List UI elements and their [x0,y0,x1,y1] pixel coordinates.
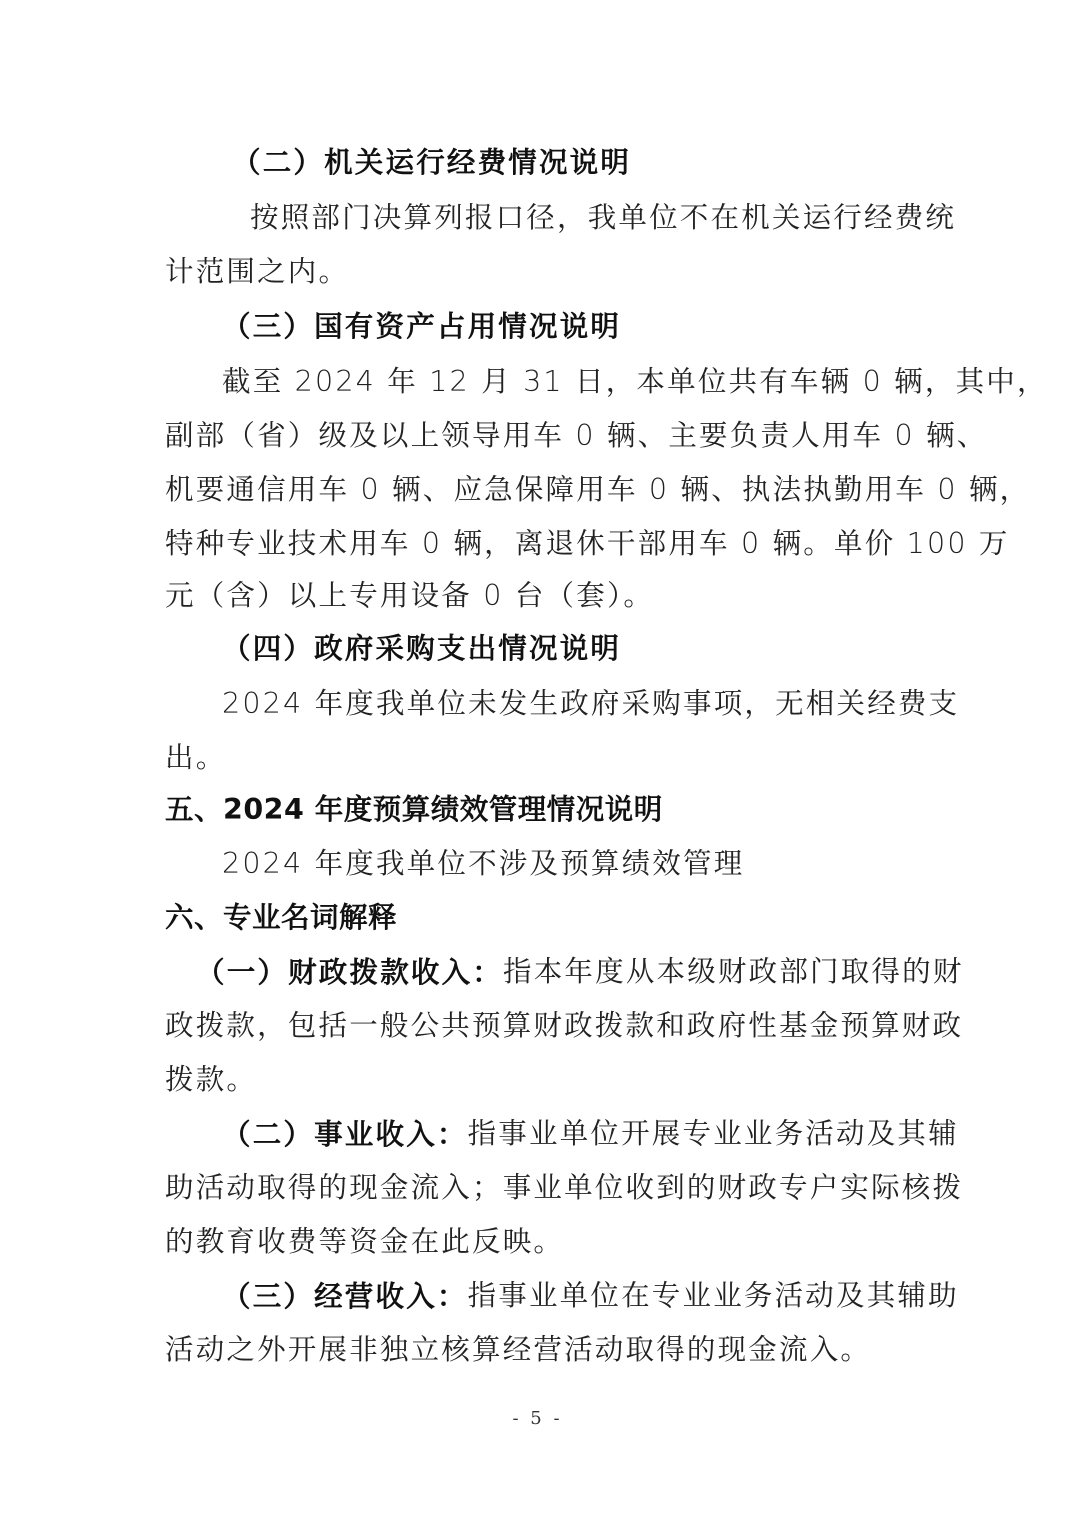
paragraph-line: 的教育收费等资金在此反映。 [165,1224,915,1260]
section-heading-glossary: 六、专业名词解释 [165,900,915,936]
paragraph-line: 2024 年度我单位未发生政府采购事项，无相关经费支 [222,686,914,722]
paragraph-line: 机要通信用车 0 辆、应急保障用车 0 辆、执法执勤用车 0 辆， [165,472,915,508]
paragraph-line: 活动之外开展非独立核算经营活动取得的现金流入。 [165,1332,915,1368]
term-label: （二）事业收入： [222,1116,468,1152]
paragraph-line: 助活动取得的现金流入；事业单位收到的财政专户实际核拨 [165,1170,915,1206]
paragraph-line: 副部（省）级及以上领导用车 0 辆、主要负责人用车 0 辆、 [165,418,915,454]
paragraph-line: 2024 年度我单位不涉及预算绩效管理 [222,846,972,882]
section-heading-performance: 五、2024 年度预算绩效管理情况说明 [165,792,915,828]
paragraph-line: 按照部门决算列报口径，我单位不在机关运行经费统 [250,200,912,236]
paragraph-line: 出。 [165,740,915,776]
paragraph-line: 元（含）以上专用设备 0 台（套）。 [165,578,915,614]
paragraph-line: 政拨款，包括一般公共预算财政拨款和政府性基金预算财政 [165,1008,915,1044]
document-page: （二）机关运行经费情况说明 按照部门决算列报口径，我单位不在机关运行经费统 计范… [0,0,1075,1520]
term-label: （三）经营收入： [222,1278,468,1314]
term-label: （一）财政拨款收入： [196,954,503,990]
paragraph-line: 计范围之内。 [165,254,915,290]
glossary-term-operating-income: （三）经营收入： 指事业单位在专业业务活动及其辅助 [222,1278,914,1314]
glossary-term-business-income: （二）事业收入： 指事业单位开展专业业务活动及其辅 [222,1116,914,1152]
paragraph-line: 特种专业技术用车 0 辆，离退休干部用车 0 辆。单价 100 万 [165,526,915,562]
term-definition: 指本年度从本级财政部门取得的财 [503,954,964,990]
page-number: - 5 - [0,1408,1075,1429]
section-heading-operating-expenses: （二）机关运行经费情况说明 [232,144,982,180]
glossary-term-fiscal-appropriation: （一）财政拨款收入： 指本年度从本级财政部门取得的财 [196,954,914,990]
section-heading-procurement: （四）政府采购支出情况说明 [222,630,972,666]
paragraph-line: 拨款。 [165,1062,915,1098]
section-heading-state-assets: （三）国有资产占用情况说明 [222,308,972,344]
paragraph-line: 截至 2024 年 12 月 31 日，本单位共有车辆 0 辆，其中， [222,364,914,400]
term-definition: 指事业单位在专业业务活动及其辅助 [468,1278,959,1314]
term-definition: 指事业单位开展专业业务活动及其辅 [468,1116,959,1152]
